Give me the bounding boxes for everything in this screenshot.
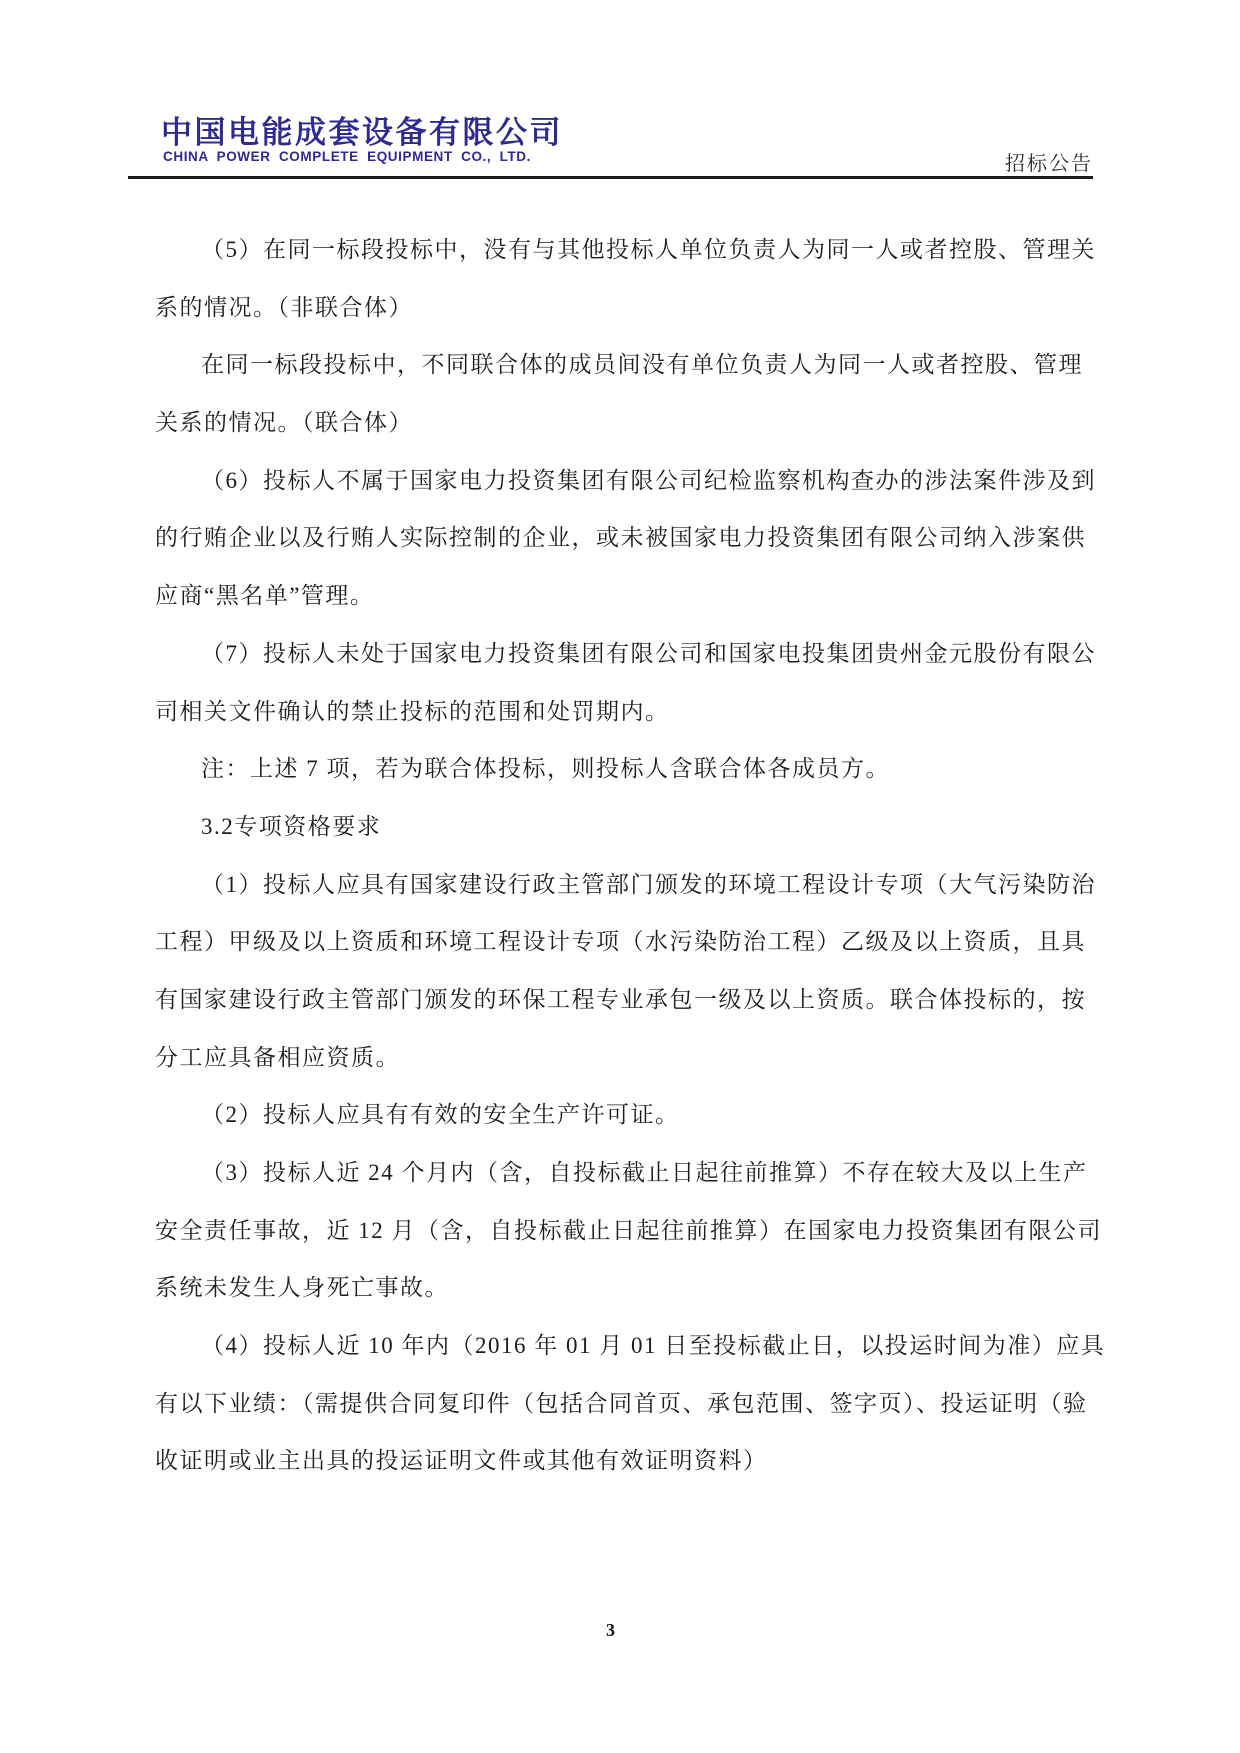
body-line: 关系的情况。（联合体） (155, 394, 1095, 452)
body-line: 司相关文件确认的禁止投标的范围和处罚期内。 (155, 683, 1095, 741)
document-body: （5）在同一标段投标中，没有与其他投标人单位负责人为同一人或者控股、管理关系的情… (155, 221, 1095, 1490)
body-line: 分工应具备相应资质。 (155, 1029, 1095, 1087)
header-divider-line (128, 176, 1093, 179)
company-logo-chinese: 中国电能成套设备有限公司 (161, 107, 563, 152)
body-line: （7）投标人未处于国家电力投资集团有限公司和国家电投集团贵州金元股份有限公 (155, 625, 1095, 683)
body-line: 有以下业绩：（需提供合同复印件（包括合同首页、承包范围、签字页）、投运证明（验 (155, 1375, 1095, 1433)
body-line: 安全责任事故，近 12 月（含，自投标截止日起往前推算）在国家电力投资集团有限公… (155, 1202, 1095, 1260)
body-line: （3）投标人近 24 个月内（含，自投标截止日起往前推算）不存在较大及以上生产 (155, 1144, 1095, 1202)
body-line: 应商“黑名单”管理。 (155, 567, 1095, 625)
body-line: 3.2专项资格要求 (155, 798, 1095, 856)
document-page: 中国电能成套设备有限公司 CHINA POWER COMPLETE EQUIPM… (0, 0, 1240, 1753)
body-line: 的行贿企业以及行贿人实际控制的企业，或未被国家电力投资集团有限公司纳入涉案供 (155, 509, 1095, 567)
page-number: 3 (128, 1620, 1093, 1641)
body-line: 工程）甲级及以上资质和环境工程设计专项（水污染防治工程）乙级及以上资质，且具 (155, 913, 1095, 971)
body-line: 收证明或业主出具的投运证明文件或其他有效证明资料） (155, 1432, 1095, 1490)
body-line: （4）投标人近 10 年内（2016 年 01 月 01 日至投标截止日，以投运… (155, 1317, 1095, 1375)
company-logo-english: CHINA POWER COMPLETE EQUIPMENT CO., LTD. (163, 149, 531, 164)
body-line: （6）投标人不属于国家电力投资集团有限公司纪检监察机构查办的涉法案件涉及到 (155, 452, 1095, 510)
body-line: 系的情况。（非联合体） (155, 279, 1095, 337)
body-line: （2）投标人应具有有效的安全生产许可证。 (155, 1086, 1095, 1144)
body-line: （1）投标人应具有国家建设行政主管部门颁发的环境工程设计专项（大气污染防治 (155, 856, 1095, 914)
body-line: 系统未发生人身死亡事故。 (155, 1259, 1095, 1317)
body-line: （5）在同一标段投标中，没有与其他投标人单位负责人为同一人或者控股、管理关 (155, 221, 1095, 279)
body-line: 在同一标段投标中，不同联合体的成员间没有单位负责人为同一人或者控股、管理 (155, 336, 1095, 394)
body-line: 注：上述 7 项，若为联合体投标，则投标人含联合体各成员方。 (155, 740, 1095, 798)
document-type-label: 招标公告 (1005, 147, 1093, 176)
body-line: 有国家建设行政主管部门颁发的环保工程专业承包一级及以上资质。联合体投标的，按 (155, 971, 1095, 1029)
